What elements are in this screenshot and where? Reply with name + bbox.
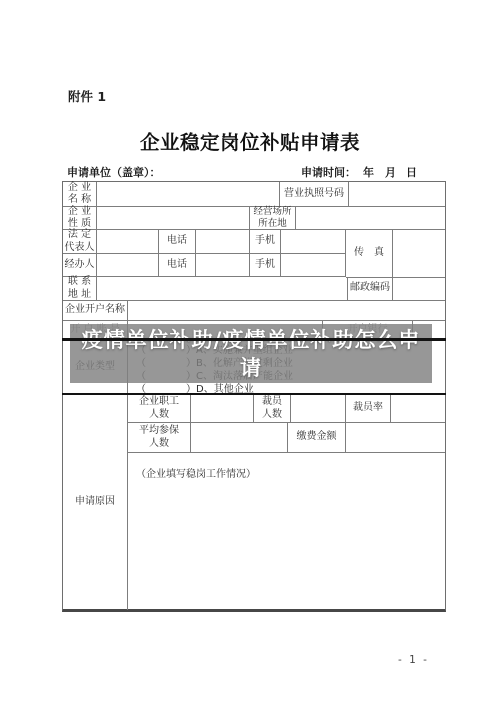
enterprise-nature-field <box>97 207 250 230</box>
payment-amount-label: 缴费金额 <box>288 423 346 453</box>
layoff-count-field <box>291 395 346 423</box>
layoff-rate-label: 裁员率 <box>346 395 391 423</box>
thick-divider-top <box>62 338 446 341</box>
attachment-label: 附件 1 <box>68 87 106 105</box>
business-place-label: 经营场所 所在地 <box>250 207 296 230</box>
day-label: 日 <box>406 164 417 180</box>
payment-amount-field <box>346 423 445 453</box>
legal-rep-field <box>97 230 159 254</box>
contact-address-label: 联 系 地 址 <box>63 277 97 301</box>
handler-label: 经办人 <box>63 254 97 277</box>
layoff-count-label: 裁员 人数 <box>254 395 291 423</box>
staff-count-field <box>191 395 254 423</box>
fax-field <box>393 230 445 278</box>
handler-mobile-field <box>281 254 346 277</box>
enterprise-name-field <box>97 182 280 207</box>
enterprise-nature-label: 企 业 性 质 <box>63 207 97 230</box>
account-name-field <box>128 301 445 321</box>
caption-line-2: 请 <box>240 354 262 382</box>
application-form-table: 企 业 名 称 营业执照号码 企 业 性 质 经营场所 所在地 法 定 代表人 … <box>62 181 446 612</box>
caption-overlay: 疫情单位补助/疫情单位补助怎么申 请 <box>70 324 432 383</box>
handler-phone-label: 电话 <box>159 254 196 277</box>
apply-time-label: 申请时间： <box>301 164 356 180</box>
legal-rep-phone-field <box>196 230 250 254</box>
license-no-label: 营业执照号码 <box>280 182 349 207</box>
stability-note: （企业填写稳岗工作情况） <box>128 453 445 610</box>
month-label: 月 <box>385 164 396 180</box>
page-number: - 1 - <box>398 654 429 666</box>
postcode-field <box>393 277 445 301</box>
legal-rep-mobile-field <box>281 230 346 254</box>
page-title: 企业稳定岗位补贴申请表 <box>0 127 500 155</box>
license-no-field <box>349 182 445 207</box>
handler-phone-field <box>196 254 250 277</box>
legal-rep-label: 法 定 代表人 <box>63 230 97 254</box>
fax-label: 传 真 <box>346 230 393 278</box>
account-name-label: 企业开户名称 <box>63 301 128 321</box>
contact-address-field <box>97 277 348 301</box>
avg-insured-label: 平均参保 人数 <box>128 423 191 453</box>
legal-rep-mobile-label: 手机 <box>250 230 281 254</box>
thick-divider-bottom <box>62 393 446 396</box>
business-place-field <box>296 207 445 230</box>
avg-insured-field <box>191 423 288 453</box>
staff-count-label: 企业职工 人数 <box>128 395 191 423</box>
layoff-rate-field <box>391 395 445 423</box>
document-page: 附件 1 企业稳定岗位补贴申请表 申请单位（盖章）： 申请时间： 年 月 日 企… <box>0 0 500 706</box>
enterprise-name-label: 企 业 名 称 <box>63 182 97 207</box>
postcode-label: 邮政编码 <box>348 277 393 301</box>
year-label: 年 <box>363 164 374 180</box>
handler-field <box>97 254 159 277</box>
handler-mobile-label: 手机 <box>250 254 281 277</box>
legal-rep-phone-label: 电话 <box>159 230 196 254</box>
apply-reason-label: 申请原因 <box>63 395 128 610</box>
applicant-unit-label: 申请单位（盖章）： <box>67 164 161 180</box>
